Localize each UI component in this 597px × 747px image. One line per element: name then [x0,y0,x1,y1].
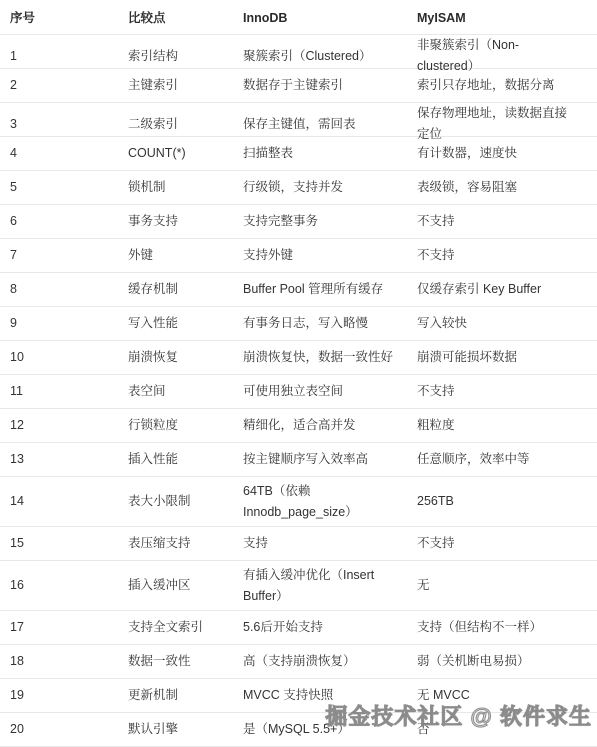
myisam-value: 无 MVCC [417,685,589,706]
myisam-value: 表级锁，容易阻塞 [417,177,589,198]
row-number: 20 [10,719,128,740]
table-row: 9 写入性能 有事务日志，写入略慢 写入较快 [0,307,597,341]
comparison-point: 事务支持 [128,211,243,232]
innodb-value: Buffer Pool 管理所有缓存 [243,279,417,300]
row-number: 7 [10,245,128,266]
row-number: 12 [10,415,128,436]
myisam-value: 支持（但结构不一样） [417,617,589,638]
innodb-value: 是（MySQL 5.5+） [243,719,417,740]
comparison-point: 插入性能 [128,449,243,470]
innodb-value: MVCC 支持快照 [243,685,417,706]
header-cell-innodb: InnoDB [243,8,417,29]
row-number: 18 [10,651,128,672]
table-row: 10 崩溃恢复 崩溃恢复快，数据一致性好 崩溃可能损坏数据 [0,341,597,375]
table-row: 11 表空间 可使用独立表空间 不支持 [0,375,597,409]
innodb-value: 扫描整表 [243,143,417,164]
comparison-point: 崩溃恢复 [128,347,243,368]
comparison-point: 表空间 [128,381,243,402]
myisam-value: 无 [417,575,589,596]
row-number: 13 [10,449,128,470]
header-cell-comparison-point: 比较点 [128,8,243,29]
row-number: 4 [10,143,128,164]
comparison-point: 外键 [128,245,243,266]
innodb-value: 支持完整事务 [243,211,417,232]
myisam-value: 弱（关机断电易损） [417,651,589,672]
row-number: 3 [10,114,128,135]
comparison-point: 表大小限制 [128,491,243,512]
header-cell-number: 序号 [10,8,128,29]
comparison-point: 插入缓冲区 [128,575,243,596]
myisam-value: 不支持 [417,533,589,554]
innodb-value: 按主键顺序写入效率高 [243,449,417,470]
myisam-value: 仅缓存索引 Key Buffer [417,279,589,300]
innodb-value: 数据存于主键索引 [243,75,417,96]
myisam-value: 非聚簇索引（Non-clustered） [417,35,589,77]
myisam-value: 粗粒度 [417,415,589,436]
innodb-value: 支持 [243,533,417,554]
myisam-value: 不支持 [417,381,589,402]
innodb-value: 有事务日志，写入略慢 [243,313,417,334]
header-cell-myisam: MyISAM [417,8,589,29]
table-row: 2 主键索引 数据存于主键索引 索引只存地址，数据分离 [0,69,597,103]
table-row: 14 表大小限制 64TB（依赖 Innodb_page_size） 256TB [0,477,597,527]
innodb-value: 保存主键值，需回表 [243,114,417,135]
myisam-value: 任意顺序，效率中等 [417,449,589,470]
comparison-point: 主键索引 [128,75,243,96]
table-row: 3 二级索引 保存主键值，需回表 保存物理地址，读数据直接定位 [0,103,597,137]
innodb-myisam-comparison-table: 序号 比较点 InnoDB MyISAM 1 索引结构 聚簇索引（Cluster… [0,0,597,747]
table-row: 4 COUNT(*) 扫描整表 有计数器，速度快 [0,137,597,171]
row-number: 10 [10,347,128,368]
table-row: 13 插入性能 按主键顺序写入效率高 任意顺序，效率中等 [0,443,597,477]
table-row: 18 数据一致性 高（支持崩溃恢复） 弱（关机断电易损） [0,645,597,679]
row-number: 9 [10,313,128,334]
comparison-point: COUNT(*) [128,143,243,164]
row-number: 2 [10,75,128,96]
comparison-point: 行锁粒度 [128,415,243,436]
innodb-value: 5.6后开始支持 [243,617,417,638]
comparison-point: 缓存机制 [128,279,243,300]
comparison-point: 数据一致性 [128,651,243,672]
row-number: 11 [10,381,128,402]
innodb-value: 精细化，适合高并发 [243,415,417,436]
comparison-point: 默认引擎 [128,719,243,740]
innodb-value: 可使用独立表空间 [243,381,417,402]
innodb-value: 聚簇索引（Clustered） [243,46,417,67]
myisam-value: 保存物理地址，读数据直接定位 [417,103,589,145]
myisam-value: 有计数器，速度快 [417,143,589,164]
myisam-value: 不支持 [417,245,589,266]
innodb-value: 64TB（依赖 Innodb_page_size） [243,481,417,523]
table-row: 1 索引结构 聚簇索引（Clustered） 非聚簇索引（Non-cluster… [0,35,597,69]
row-number: 5 [10,177,128,198]
myisam-value: 否 [417,719,589,740]
table-header-row: 序号 比较点 InnoDB MyISAM [0,2,597,35]
row-number: 6 [10,211,128,232]
row-number: 16 [10,575,128,596]
table-row: 5 锁机制 行级锁，支持并发 表级锁，容易阻塞 [0,171,597,205]
comparison-point: 写入性能 [128,313,243,334]
row-number: 8 [10,279,128,300]
table-row: 16 插入缓冲区 有插入缓冲优化（Insert Buffer） 无 [0,561,597,611]
row-number: 1 [10,46,128,67]
innodb-value: 行级锁，支持并发 [243,177,417,198]
myisam-value: 不支持 [417,211,589,232]
row-number: 19 [10,685,128,706]
table-row: 17 支持全文索引 5.6后开始支持 支持（但结构不一样） [0,611,597,645]
innodb-value: 支持外键 [243,245,417,266]
row-number: 14 [10,491,128,512]
comparison-point: 索引结构 [128,46,243,67]
table-row: 8 缓存机制 Buffer Pool 管理所有缓存 仅缓存索引 Key Buff… [0,273,597,307]
comparison-point: 表压缩支持 [128,533,243,554]
myisam-value: 256TB [417,491,589,512]
innodb-value: 高（支持崩溃恢复） [243,651,417,672]
myisam-value: 索引只存地址，数据分离 [417,75,589,96]
comparison-point: 更新机制 [128,685,243,706]
table-row: 20 默认引擎 是（MySQL 5.5+） 否 [0,713,597,747]
innodb-value: 崩溃恢复快，数据一致性好 [243,347,417,368]
table-row: 7 外键 支持外键 不支持 [0,239,597,273]
comparison-point: 锁机制 [128,177,243,198]
row-number: 17 [10,617,128,638]
myisam-value: 崩溃可能损坏数据 [417,347,589,368]
comparison-point: 二级索引 [128,114,243,135]
table-row: 15 表压缩支持 支持 不支持 [0,527,597,561]
table-row: 12 行锁粒度 精细化，适合高并发 粗粒度 [0,409,597,443]
myisam-value: 写入较快 [417,313,589,334]
row-number: 15 [10,533,128,554]
table-row: 6 事务支持 支持完整事务 不支持 [0,205,597,239]
comparison-point: 支持全文索引 [128,617,243,638]
innodb-value: 有插入缓冲优化（Insert Buffer） [243,565,417,607]
table-row: 19 更新机制 MVCC 支持快照 无 MVCC [0,679,597,713]
